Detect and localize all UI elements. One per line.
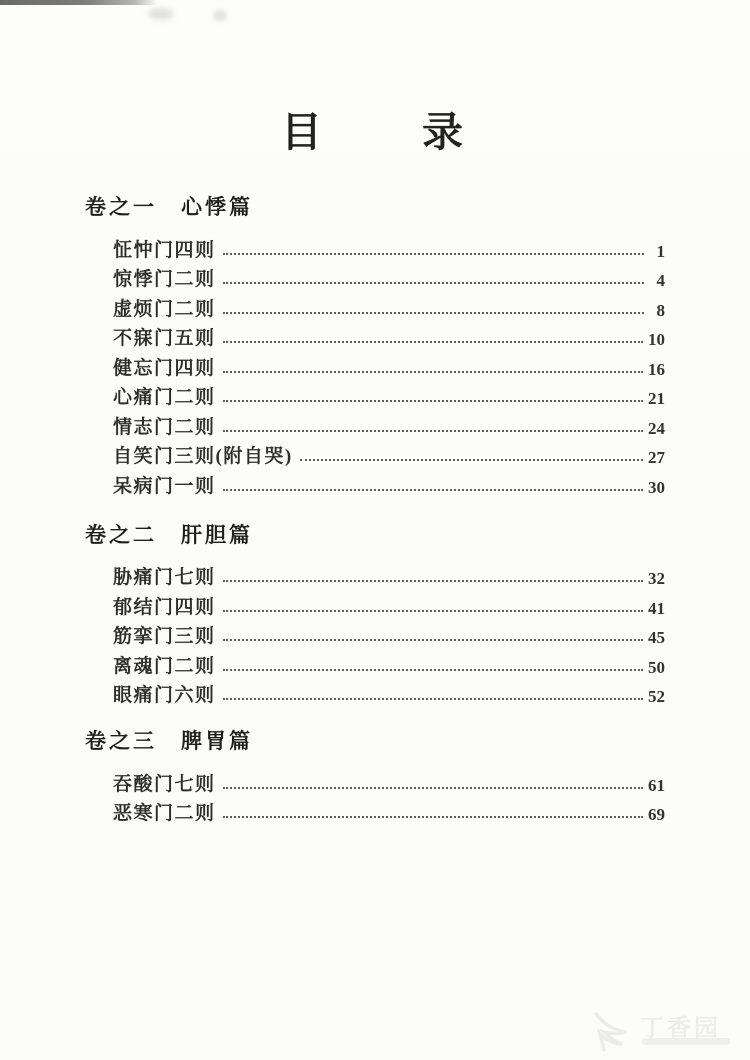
page-title: 目 录 (85, 112, 665, 153)
entry-page-number: 8 (649, 302, 665, 321)
toc-entry: 郁结门四则 41 (113, 589, 665, 619)
dot-leader (223, 489, 643, 491)
entry-page-number: 4 (649, 272, 665, 291)
section-heading: 卷之三 脾胃篇 (85, 731, 665, 752)
dot-leader (223, 816, 643, 818)
toc-section-2: 卷之二 肝胆篇 胁痛门七则 32 郁结门四则 41 筋挛门三则 45 离魂门二则… (85, 525, 665, 708)
entry-title: 怔忡门四则 (113, 240, 216, 262)
toc-entry: 怔忡门四则 1 (113, 232, 665, 262)
entry-title: 虚烦门二则 (113, 299, 216, 321)
entry-page-number: 69 (648, 806, 665, 825)
toc-entry: 自笑门三则(附自哭) 27 (113, 439, 665, 469)
entry-page-number: 50 (648, 659, 665, 678)
entry-title: 惊悸门二则 (113, 269, 216, 291)
toc-entry: 情志门二则 24 (113, 409, 665, 439)
entry-title: 心痛门二则 (113, 387, 216, 409)
entry-page-number: 45 (648, 629, 665, 648)
dot-leader (223, 341, 643, 343)
section-heading: 卷之二 肝胆篇 (85, 525, 665, 546)
toc-page: 目 录 卷之一 心悸篇 怔忡门四则 1 惊悸门二则 4 虚烦门二则 8 不寐门五… (85, 0, 665, 825)
entry-title: 不寐门五则 (113, 328, 216, 350)
dot-leader (223, 610, 643, 612)
dot-leader (223, 371, 643, 373)
entry-title: 离魂门二则 (113, 656, 216, 678)
toc-entry: 不寐门五则 10 (113, 321, 665, 351)
section-entries: 吞酸门七则 61 恶寒门二则 69 (85, 766, 665, 825)
dot-leader (223, 639, 643, 641)
dot-leader (223, 253, 644, 255)
dxy-watermark: 丁香园 (592, 1000, 742, 1058)
toc-entry: 虚烦门二则 8 (113, 291, 665, 321)
section-heading: 卷之一 心悸篇 (85, 197, 665, 218)
dot-leader (223, 698, 643, 700)
dot-leader (223, 669, 643, 671)
entry-title: 呆病门一则 (113, 476, 216, 498)
dot-leader (223, 400, 643, 402)
entry-title: 胁痛门七则 (113, 567, 216, 589)
toc-entry: 心痛门二则 21 (113, 380, 665, 410)
dot-leader (223, 787, 643, 789)
dot-leader (300, 459, 643, 461)
toc-entry: 筋挛门三则 45 (113, 619, 665, 649)
entry-page-number: 1 (649, 243, 665, 262)
entry-page-number: 41 (648, 600, 665, 619)
entry-page-number: 30 (648, 479, 665, 498)
toc-entry: 呆病门一则 30 (113, 468, 665, 498)
toc-entry: 胁痛门七则 32 (113, 560, 665, 590)
dot-leader (223, 580, 643, 582)
entry-page-number: 61 (648, 777, 665, 796)
entry-page-number: 16 (648, 361, 665, 380)
entry-title: 健忘门四则 (113, 358, 216, 380)
entry-page-number: 24 (648, 420, 665, 439)
entry-title: 吞酸门七则 (113, 774, 216, 796)
entry-title: 恶寒门二则 (113, 803, 216, 825)
toc-entry: 惊悸门二则 4 (113, 262, 665, 292)
entry-title: 情志门二则 (113, 417, 216, 439)
toc-section-1: 卷之一 心悸篇 怔忡门四则 1 惊悸门二则 4 虚烦门二则 8 不寐门五则 10 (85, 197, 665, 498)
section-entries: 怔忡门四则 1 惊悸门二则 4 虚烦门二则 8 不寐门五则 10 健忘门四则 (85, 232, 665, 498)
entry-page-number: 32 (648, 570, 665, 589)
toc-entry: 吞酸门七则 61 (113, 766, 665, 796)
entry-title: 筋挛门三则 (113, 626, 216, 648)
toc-entry: 离魂门二则 50 (113, 648, 665, 678)
entry-title: 郁结门四则 (113, 597, 216, 619)
entry-title: 眼痛门六则 (113, 685, 216, 707)
watermark-subtext-bar (642, 1038, 730, 1045)
entry-page-number: 27 (648, 449, 665, 468)
dot-leader (223, 430, 643, 432)
toc-section-3: 卷之三 脾胃篇 吞酸门七则 61 恶寒门二则 69 (85, 731, 665, 825)
bird-logo-icon (592, 1004, 638, 1054)
toc-entry: 眼痛门六则 52 (113, 678, 665, 708)
entry-page-number: 21 (648, 390, 665, 409)
dot-leader (223, 312, 644, 314)
toc-entry: 恶寒门二则 69 (113, 796, 665, 826)
entry-page-number: 52 (648, 688, 665, 707)
entry-page-number: 10 (648, 331, 665, 350)
toc-entry: 健忘门四则 16 (113, 350, 665, 380)
dot-leader (223, 282, 644, 284)
section-entries: 胁痛门七则 32 郁结门四则 41 筋挛门三则 45 离魂门二则 50 眼痛门六… (85, 560, 665, 708)
entry-title: 自笑门三则(附自哭) (113, 446, 293, 468)
